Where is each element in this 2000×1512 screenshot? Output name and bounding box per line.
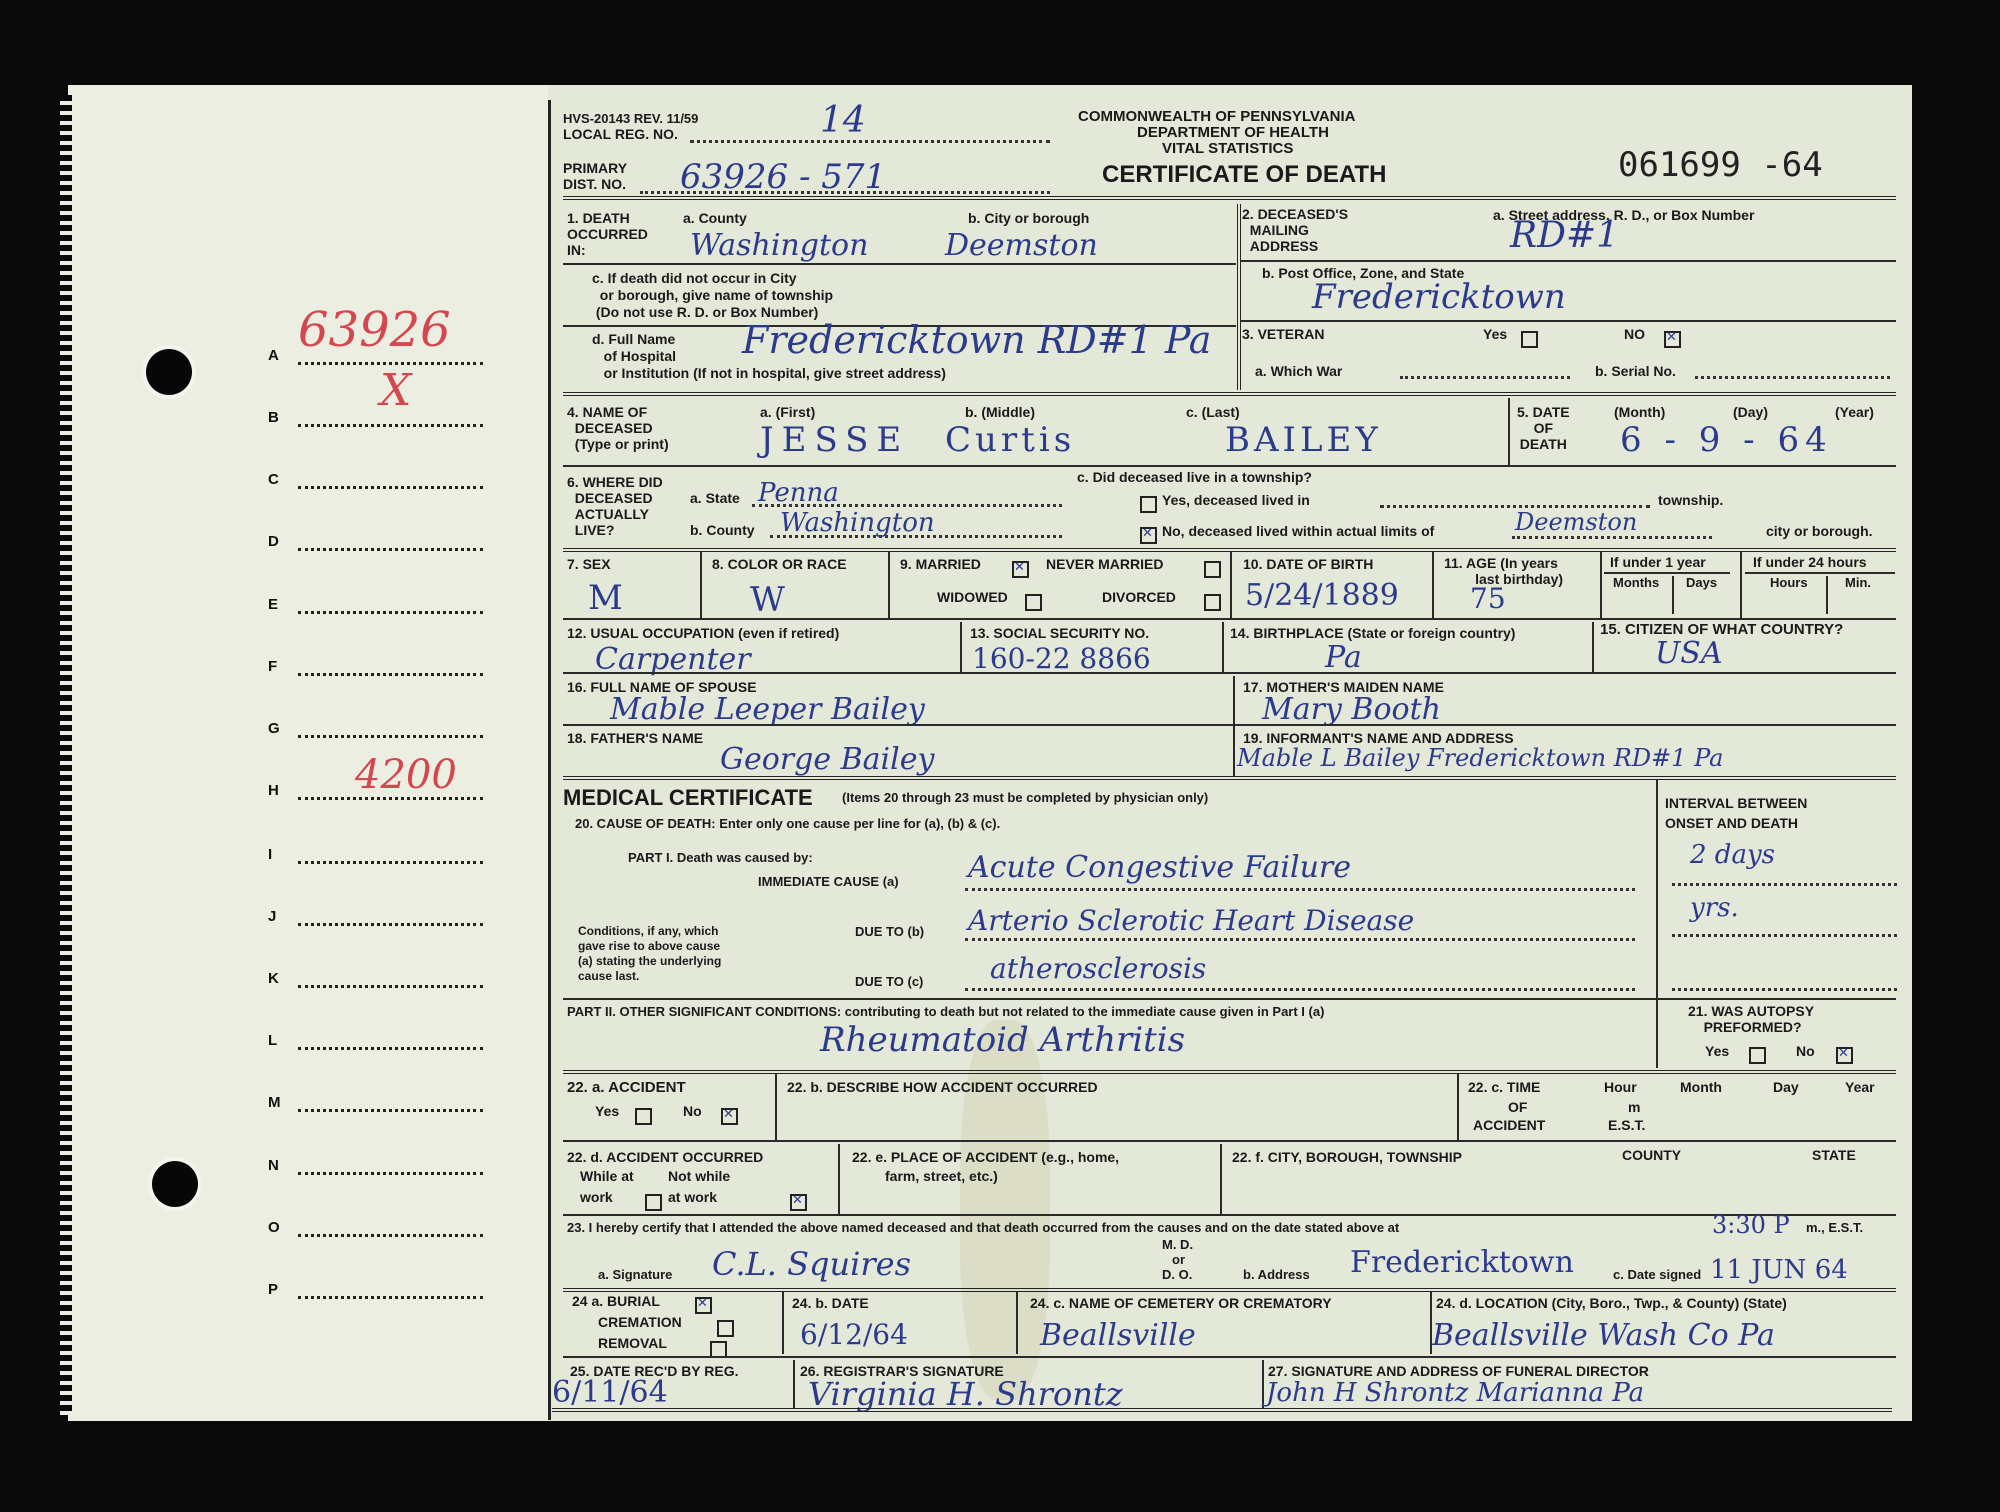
cause-of-death-label: 20. CAUSE OF DEATH: Enter only one cause… [575,817,1000,831]
autopsy-no-checkbox[interactable] [1836,1047,1853,1064]
autopsy-yes-checkbox[interactable] [1749,1047,1766,1064]
stub-row-c: C [268,471,483,495]
stub-row-l: L [268,1032,483,1056]
immediate-cause-label: IMMEDIATE CAUSE (a) [758,875,899,889]
certificate-number: 061699 -64 [1618,145,1823,185]
date-of-death-value: 6 - 9 - 64 [1620,420,1833,460]
agency-line-3: VITAL STATISTICS [1162,141,1293,158]
conditions-label: Conditions, if any, whichgave rise to ab… [578,924,721,984]
accident-description-label: 22. b. DESCRIBE HOW ACCIDENT OCCURRED [787,1080,1098,1095]
physician-address-label: b. Address [1243,1268,1310,1282]
residence-county-label: b. County [690,523,755,538]
race-label: 8. COLOR OR RACE [712,557,847,572]
burial-label: 24 a. BURIAL [572,1294,660,1309]
ssn-value: 160-22 8866 [972,642,1151,675]
burial-date-label: 24. b. DATE [792,1296,869,1311]
accident-est-label: E.S.T. [1608,1118,1645,1133]
due-to-b-label: DUE TO (b) [855,925,924,939]
accident-m-label: m [1628,1100,1640,1115]
part2-value: Rheumatoid Arthritis [820,1020,1185,1060]
cremation-checkbox[interactable] [717,1320,734,1337]
never-married-label: NEVER MARRIED [1046,557,1163,572]
veteran-yes-label: Yes [1483,327,1507,342]
age-value: 75 [1470,582,1506,615]
accident-year-label: Year [1845,1080,1875,1095]
married-checkbox[interactable] [1012,561,1029,578]
interval-label: INTERVAL BETWEENONSET AND DEATH [1665,793,1807,833]
accident-city-label: 22. f. CITY, BOROUGH, TOWNSHIP [1232,1150,1462,1165]
immediate-cause-value: Acute Congestive Failure [968,850,1351,885]
township-no-label: No, deceased lived within actual limits … [1162,524,1434,539]
form-number: HVS-20143 REV. 11/59 [563,112,698,126]
medical-certificate-subtitle: (Items 20 through 23 must be completed b… [842,791,1208,805]
accident-month-label: Month [1680,1080,1722,1095]
county-label: a. County [683,211,747,226]
divorced-checkbox[interactable] [1204,594,1221,611]
month-label: (Month) [1614,405,1665,420]
item4-label: 4. NAME OF DECEASED (Type or print) [567,404,669,452]
local-reg-value: 14 [820,100,866,141]
death-county-value: Washington [690,228,868,263]
veteran-no-checkbox[interactable] [1664,331,1681,348]
stub-annotation-a: 63926 [298,302,451,358]
primary-dist-value: 63926 - 571 [680,157,886,197]
months-label: Months [1613,576,1659,590]
last-name-value: BAILEY [1225,420,1382,460]
death-city-value: Deemston [945,228,1098,263]
date-signed-label: c. Date signed [1613,1268,1701,1282]
removal-label: REMOVAL [598,1336,667,1351]
do-label: D. O. [1162,1268,1192,1282]
accident-county-label: COUNTY [1622,1148,1681,1163]
post-office-value: Fredericktown [1312,277,1566,317]
spouse-value: Mable Leeper Bailey [610,692,925,727]
place-of-accident-hint: farm, street, etc.) [885,1169,998,1184]
veteran-label: 3. VETERAN [1242,327,1324,342]
accident-yes-label: Yes [595,1104,619,1119]
accident-yes-checkbox[interactable] [635,1108,652,1125]
accident-state-label: STATE [1812,1148,1856,1163]
which-war-label: a. Which War [1255,364,1342,379]
stub-row-b: B [268,409,483,433]
funeral-director-value: John H Shrontz Marianna Pa [1266,1378,1644,1408]
accident-hour-label: Hour [1604,1080,1637,1095]
married-label: 9. MARRIED [900,557,981,572]
due-to-c-value: atherosclerosis [990,952,1206,985]
dist-no-label: DIST. NO. [563,177,626,192]
residence-state-value: Penna [758,478,839,508]
widowed-label: WIDOWED [937,590,1008,605]
stub-row-j: J [268,908,483,932]
date-signed-value: 11 JUN 64 [1710,1255,1848,1285]
autopsy-no-label: No [1796,1044,1815,1059]
occupation-label: 12. USUAL OCCUPATION (even if retired) [567,626,839,641]
date-received-value: 6/11/64 [552,1375,668,1410]
item2-label: 2. DECEASED'S MAILING ADDRESS [1242,206,1348,254]
township-suffix: township. [1658,493,1723,508]
widowed-checkbox[interactable] [1025,594,1042,611]
township-instructions: c. If death did not occur in City or bor… [592,270,833,321]
day-label: (Day) [1733,405,1768,420]
never-married-checkbox[interactable] [1204,561,1221,578]
middle-name-value: Curtis [945,420,1075,460]
serial-no-label: b. Serial No. [1595,364,1676,379]
md-label: M. D. [1162,1238,1193,1252]
cemetery-location-label: 24. d. LOCATION (City, Boro., Twp., & Co… [1436,1296,1787,1311]
divorced-label: DIVORCED [1102,590,1176,605]
mailing-street-value: RD#1 [1510,215,1619,256]
accident-no-checkbox[interactable] [721,1108,738,1125]
cemetery-location-value: Beallsville Wash Co Pa [1432,1318,1775,1353]
local-reg-label: LOCAL REG. NO. [563,127,678,142]
stub-row-g: G [268,720,483,744]
item6-label: 6. WHERE DID DECEASED ACTUALLY LIVE? [567,474,663,538]
race-value: W [750,580,785,620]
informant-value: Mable L Bailey Fredericktown RD#1 Pa [1237,744,1723,772]
first-name-value: JESSE [760,420,909,460]
residence-state-label: a. State [690,491,740,506]
stub-row-i: I [268,846,483,870]
time-suffix: m., E.S.T. [1806,1221,1863,1235]
medical-certificate-title: MEDICAL CERTIFICATE [563,786,813,810]
under-24-label: If under 24 hours [1753,555,1867,570]
last-name-label: c. (Last) [1186,405,1240,420]
interval-b-value: yrs. [1690,893,1739,923]
or-label: or [1172,1253,1185,1267]
days-label: Days [1686,576,1717,590]
punch-hole-icon [152,1161,198,1207]
burial-date-value: 6/12/64 [800,1318,908,1351]
at-work-label: at work [668,1190,717,1205]
mother-maiden-name-value: Mary Booth [1262,692,1441,727]
under-year-label: If under 1 year [1610,555,1706,570]
accident-time-label: 22. c. TIME [1468,1080,1540,1095]
township-no-checkbox[interactable] [1140,527,1157,544]
autopsy-yes-label: Yes [1705,1044,1729,1059]
birthplace-value: Pa [1325,640,1362,675]
place-of-accident-label: 22. e. PLACE OF ACCIDENT (e.g., home, [852,1150,1119,1165]
part2-label: PART II. OTHER SIGNIFICANT CONDITIONS: c… [567,1005,1324,1019]
father-name-value: George Bailey [720,742,934,777]
stub-row-m: M [268,1094,483,1118]
cemetery-value: Beallsville [1040,1318,1196,1353]
city-label: b. City or borough [968,211,1089,226]
accident-time-of: OF [1508,1100,1527,1115]
certificate-title: CERTIFICATE OF DEATH [1102,162,1386,188]
township-yes-label: Yes, deceased lived in [1162,493,1310,508]
stub-row-k: K [268,970,483,994]
stub-row-n: N [268,1157,483,1181]
year-label: (Year) [1835,405,1874,420]
burial-checkbox[interactable] [695,1297,712,1314]
time-of-death-value: 3:30 P [1712,1211,1790,1239]
stub-row-f: F [268,658,483,682]
while-at-work-checkbox[interactable] [645,1194,662,1211]
dob-label: 10. DATE OF BIRTH [1243,557,1373,572]
not-while-at-work-checkbox[interactable] [790,1194,807,1211]
accident-occurred-label: 22. d. ACCIDENT OCCURRED [567,1150,763,1165]
residence-county-value: Washington [780,508,935,538]
minutes-label: Min. [1845,576,1871,590]
birthplace-label: 14. BIRTHPLACE (State or foreign country… [1230,626,1515,641]
stub-row-e: E [268,596,483,620]
item1-label: 1. DEATHOCCURREDIN: [567,210,648,258]
primary-label: PRIMARY [563,161,627,176]
work-label: work [580,1190,613,1205]
sex-value: M [588,578,623,618]
not-while-label: Not while [668,1169,730,1184]
citizenship-value: USA [1655,636,1723,671]
physician-address-value: Fredericktown [1350,1245,1574,1280]
interval-a-value: 2 days [1690,840,1775,870]
accident-time-accident: ACCIDENT [1473,1118,1545,1133]
stub-row-d: D [268,533,483,557]
accident-label: 22. a. ACCIDENT [567,1080,686,1097]
city-borough-suffix: city or borough. [1766,524,1873,539]
ssn-label: 13. SOCIAL SECURITY NO. [970,626,1149,641]
hospital-value: Fredericktown RD#1 Pa [742,318,1211,362]
stub-annotation-h: 4200 [355,752,457,798]
father-name-label: 18. FATHER'S NAME [567,731,703,746]
township-yes-checkbox[interactable] [1140,496,1157,513]
cremation-label: CREMATION [598,1315,682,1330]
punch-hole-icon [146,349,192,395]
date-of-death-label: 5. DATEOFDEATH [1517,404,1570,452]
stub-row-p: P [268,1281,483,1305]
cemetery-label: 24. c. NAME OF CEMETERY OR CREMATORY [1030,1296,1332,1311]
accident-no-label: No [683,1104,702,1119]
perforated-edge [60,95,72,1415]
autopsy-label: 21. WAS AUTOPSY PREFORMED? [1688,1003,1814,1035]
due-to-c-label: DUE TO (c) [855,975,923,989]
accident-day-label: Day [1773,1080,1799,1095]
physician-signature-label: a. Signature [598,1268,672,1282]
while-at-label: While at [580,1169,634,1184]
veteran-yes-checkbox[interactable] [1521,331,1538,348]
due-to-b-value: Arterio Sclerotic Heart Disease [968,904,1414,937]
part1-label: PART I. Death was caused by: [628,851,813,865]
middle-name-label: b. (Middle) [965,405,1035,420]
township-question: c. Did deceased live in a township? [1077,470,1312,485]
hours-label: Hours [1770,576,1808,590]
veteran-no-label: NO [1624,327,1645,342]
residence-city-value: Deemston [1515,508,1637,536]
physician-signature-value: C.L. Squires [712,1245,911,1283]
certification-statement: 23. I hereby certify that I attended the… [567,1221,1399,1235]
stub-annotation-x: X [380,365,411,416]
stub-row-o: O [268,1219,483,1243]
dob-value: 5/24/1889 [1245,578,1399,613]
first-name-label: a. (First) [760,405,815,420]
sex-label: 7. SEX [567,557,611,572]
